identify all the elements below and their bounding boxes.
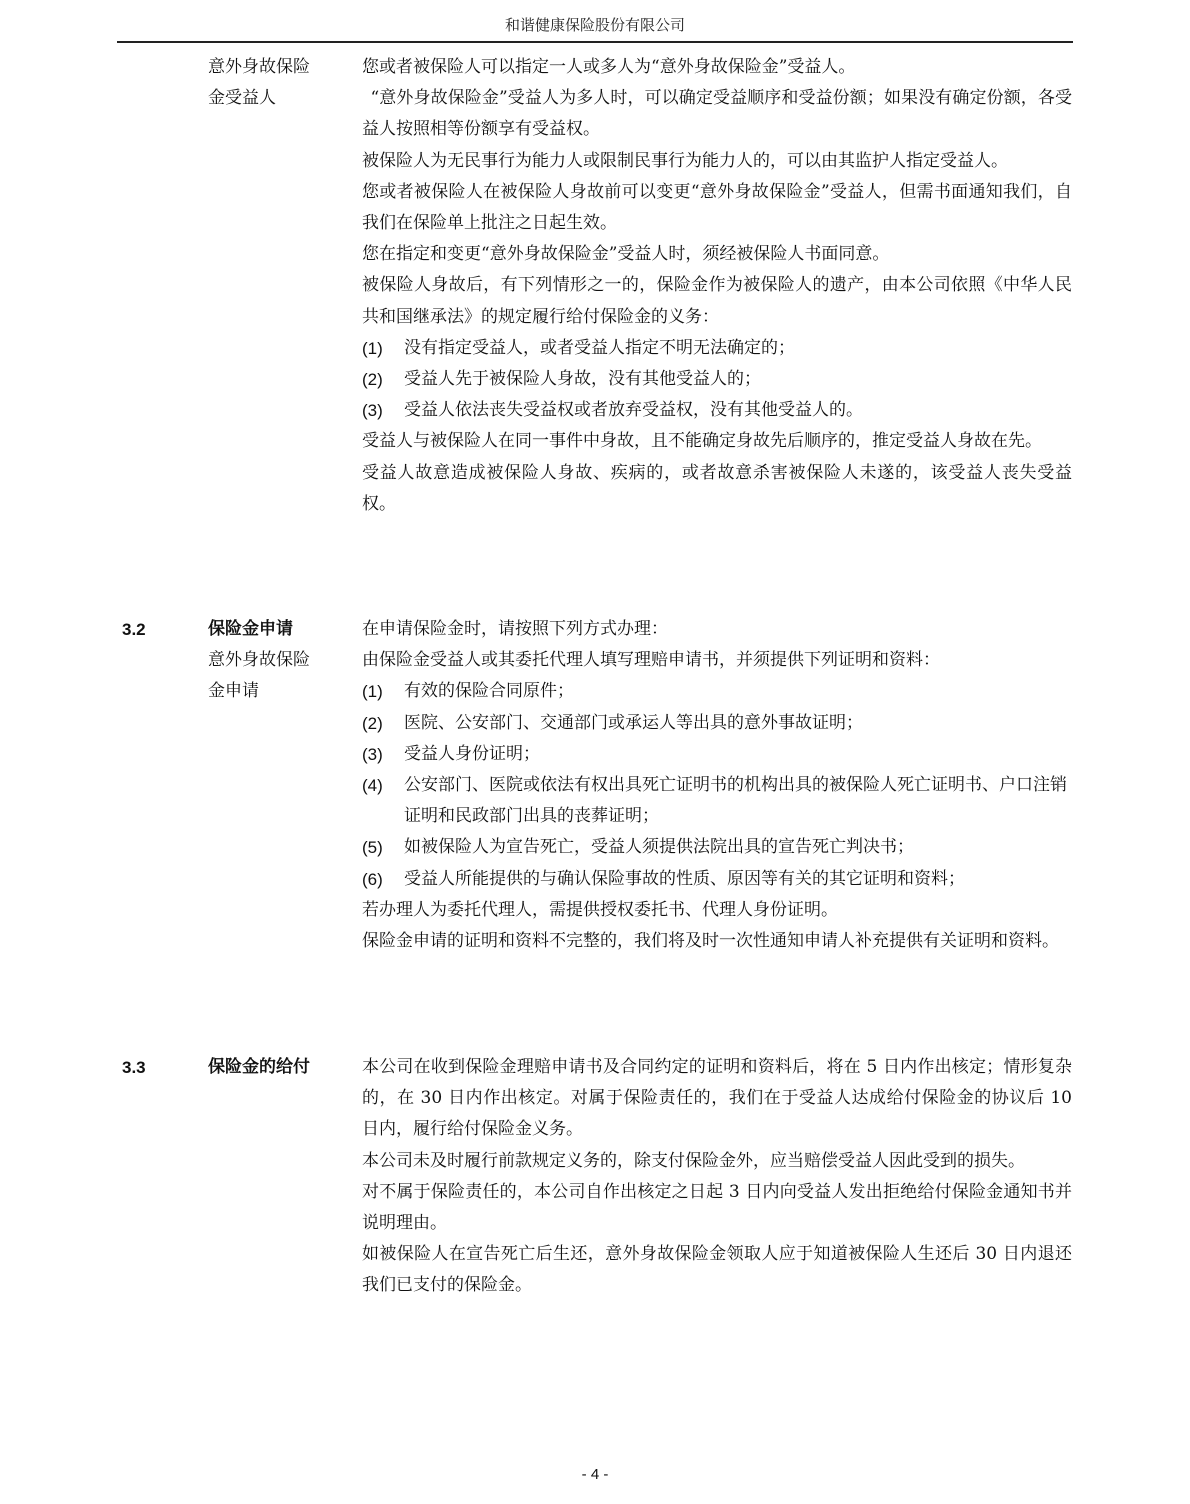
paragraph: 受益人故意造成被保险人身故、疾病的，或者故意杀害被保险人未遂的，该受益人丧失受益… xyxy=(362,458,1072,520)
section-label: 保险金申请 意外身故保险 金申请 xyxy=(208,614,348,707)
paragraph: 对不属于保险责任的，本公司自作出核定之日起 3 日内向受益人发出拒绝给付保险金通… xyxy=(362,1177,1072,1239)
section-number: 3.3 xyxy=(122,1052,146,1083)
list-item-number: (2) xyxy=(362,364,383,395)
list-item: (3)受益人依法丧失受益权或者放弃受益权，没有其他受益人的。 xyxy=(362,395,1072,426)
section-body: 在申请保险金时，请按照下列方式办理： 由保险金受益人或其委托代理人填写理赔申请书… xyxy=(362,614,1072,957)
paragraph: 您在指定和变更“意外身故保险金”受益人时，须经被保险人书面同意。 xyxy=(362,239,1072,270)
list-item-number: (2) xyxy=(362,708,383,739)
label-line: 金受益人 xyxy=(208,83,348,114)
list-item-text: 有效的保险合同原件； xyxy=(404,681,574,701)
list-item-text: 受益人依法丧失受益权或者放弃受益权，没有其他受益人的。 xyxy=(404,400,863,420)
paragraph: “意外身故保险金”受益人为多人时，可以确定受益顺序和受益份额；如果没有确定份额，… xyxy=(362,83,1072,145)
list-item: (2)受益人先于被保险人身故，没有其他受益人的； xyxy=(362,364,1072,395)
section-label: 意外身故保险 金受益人 xyxy=(208,52,348,114)
list-item-number: (4) xyxy=(362,770,383,801)
section-body: 您或者被保险人可以指定一人或多人为“意外身故保险金”受益人。 “意外身故保险金”… xyxy=(362,52,1072,520)
paragraph: 本公司在收到保险金理赔申请书及合同约定的证明和资料后，将在 5 日内作出核定；情… xyxy=(362,1052,1072,1146)
label-line: 意外身故保险 xyxy=(208,645,348,676)
list-item-text: 公安部门、医院或依法有权出具死亡证明书的机构出具的被保险人死亡证明书、户口注销证… xyxy=(404,775,1067,826)
list-item-text: 受益人所能提供的与确认保险事故的性质、原因等有关的其它证明和资料； xyxy=(404,869,965,889)
page-number: - 4 - xyxy=(0,1466,1190,1483)
section-title: 保险金申请 xyxy=(208,614,348,645)
paragraph: 本公司未及时履行前款规定义务的，除支付保险金外，应当赔偿受益人因此受到的损失。 xyxy=(362,1146,1072,1177)
list-item-number: (3) xyxy=(362,739,383,770)
list-item-text: 受益人身份证明； xyxy=(404,744,540,764)
section-title: 保险金的给付 xyxy=(208,1052,348,1083)
header-divider xyxy=(117,41,1073,43)
paragraph: 由保险金受益人或其委托代理人填写理赔申请书，并须提供下列证明和资料： xyxy=(362,645,1072,676)
list-item-text: 受益人先于被保险人身故，没有其他受益人的； xyxy=(404,369,761,389)
paragraph: 被保险人为无民事行为能力人或限制民事行为能力人的，可以由其监护人指定受益人。 xyxy=(362,146,1072,177)
list-item-text: 没有指定受益人，或者受益人指定不明无法确定的； xyxy=(404,338,795,358)
paragraph: 若办理人为委托代理人，需提供授权委托书、代理人身份证明。 xyxy=(362,895,1072,926)
paragraph: 被保险人身故后，有下列情形之一的，保险金作为被保险人的遗产，由本公司依照《中华人… xyxy=(362,270,1072,332)
list-item-number: (5) xyxy=(362,832,383,863)
list-item-number: (1) xyxy=(362,333,383,364)
list-item: (2)医院、公安部门、交通部门或承运人等出具的意外事故证明； xyxy=(362,708,1072,739)
paragraph: 如被保险人在宣告死亡后生还，意外身故保险金领取人应于知道被保险人生还后 30 日… xyxy=(362,1239,1072,1301)
paragraph: 您或者被保险人可以指定一人或多人为“意外身故保险金”受益人。 xyxy=(362,52,1072,83)
list-item: (3)受益人身份证明； xyxy=(362,739,1072,770)
section-label: 保险金的给付 xyxy=(208,1052,348,1083)
label-line: 金申请 xyxy=(208,676,348,707)
paragraph: 在申请保险金时，请按照下列方式办理： xyxy=(362,614,1072,645)
list-item: (1)没有指定受益人，或者受益人指定不明无法确定的； xyxy=(362,333,1072,364)
list-item: (5)如被保险人为宣告死亡，受益人须提供法院出具的宣告死亡判决书； xyxy=(362,832,1072,863)
list-item-number: (6) xyxy=(362,864,383,895)
paragraph: 保险金申请的证明和资料不完整的，我们将及时一次性通知申请人补充提供有关证明和资料… xyxy=(362,926,1072,957)
section-number: 3.2 xyxy=(122,614,146,645)
page-header-company: 和谐健康保险股份有限公司 xyxy=(117,14,1073,35)
paragraph: 受益人与被保险人在同一事件中身故，且不能确定身故先后顺序的，推定受益人身故在先。 xyxy=(362,426,1072,457)
list-item: (4)公安部门、医院或依法有权出具死亡证明书的机构出具的被保险人死亡证明书、户口… xyxy=(362,770,1072,832)
list-item-text: 医院、公安部门、交通部门或承运人等出具的意外事故证明； xyxy=(404,713,863,733)
list-item-number: (3) xyxy=(362,395,383,426)
list-item-number: (1) xyxy=(362,676,383,707)
paragraph: 您或者被保险人在被保险人身故前可以变更“意外身故保险金”受益人，但需书面通知我们… xyxy=(362,177,1072,239)
section-body: 本公司在收到保险金理赔申请书及合同约定的证明和资料后，将在 5 日内作出核定；情… xyxy=(362,1052,1072,1302)
list-item: (6)受益人所能提供的与确认保险事故的性质、原因等有关的其它证明和资料； xyxy=(362,864,1072,895)
list-item: (1)有效的保险合同原件； xyxy=(362,676,1072,707)
list-item-text: 如被保险人为宣告死亡，受益人须提供法院出具的宣告死亡判决书； xyxy=(404,837,914,857)
label-line: 意外身故保险 xyxy=(208,52,348,83)
